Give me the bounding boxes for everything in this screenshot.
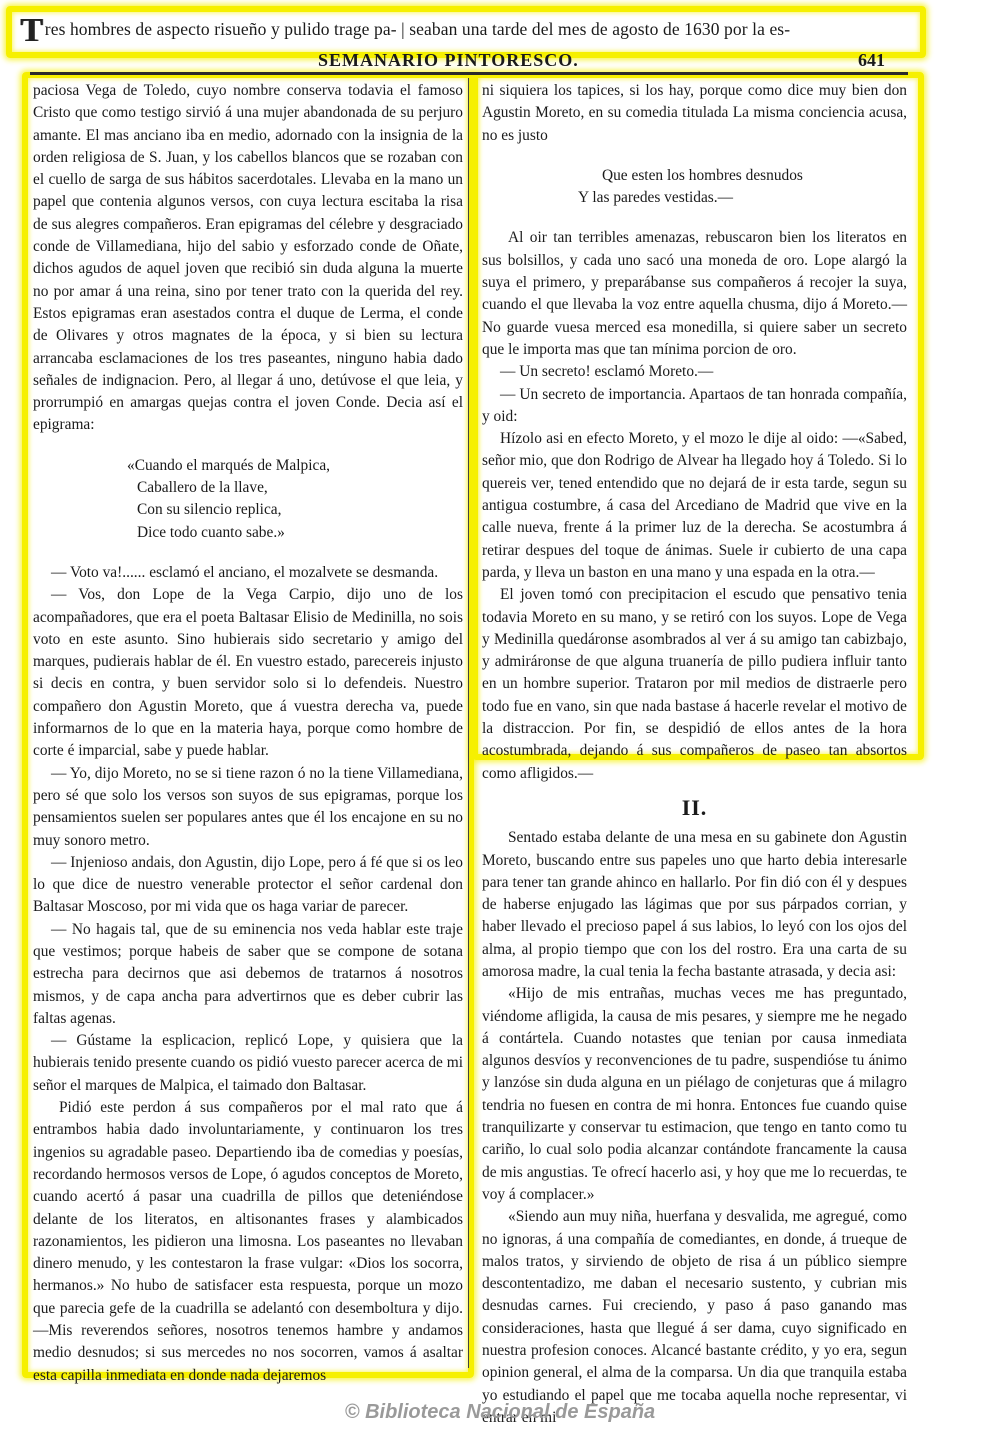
right-column: ni siquiera los tapices, si los hay, por… [482,80,907,1429]
verse-line: Caballero de la llave, [33,477,463,499]
top-continuation-line: Tres hombres de aspecto risueño y pulido… [20,14,910,48]
paragraph: — Voto va!...... esclamó el anciano, el … [33,562,463,584]
paragraph: «Hijo de mis entrañas, muchas veces me h… [482,983,907,1206]
paragraph: ni siquiera los tapices, si los hay, por… [482,80,907,147]
epigram-verse: «Cuando el marqués de Malpica, Caballero… [33,455,463,544]
copyright-credit: © Biblioteca Nacional de España [0,1401,1000,1424]
paragraph: Pidió este perdon á sus compañeros por e… [33,1097,463,1387]
quoted-verse: Que esten los hombres desnudos Y las par… [482,165,907,210]
paragraph: «Siendo aun muy niña, huerfana y desvali… [482,1206,907,1429]
paragraph: Hízolo asi en efecto Moreto, y el mozo l… [482,428,907,584]
column-divider [468,78,469,1368]
running-head: SEMANARIO PINTORESCO. [318,50,579,71]
paragraph: El joven tomó con precipitacion el escud… [482,584,907,785]
paragraph: — No hagais tal, que de su eminencia nos… [33,919,463,1030]
verse-line: «Cuando el marqués de Malpica, [33,455,463,477]
left-column: paciosa Vega de Toledo, cuyo nombre cons… [33,80,463,1387]
header-rule [30,72,908,75]
verse-line: Que esten los hombres desnudos [482,165,907,187]
paragraph: — Injenioso andais, don Agustin, dijo Lo… [33,852,463,919]
paragraph: — Un secreto de importancia. Apartaos de… [482,384,907,429]
paragraph: paciosa Vega de Toledo, cuyo nombre cons… [33,80,463,437]
paragraph: — Un secreto! esclamó Moreto.— [482,361,907,383]
paragraph: Sentado estaba delante de una mesa en su… [482,827,907,983]
verse-line: Y las paredes vestidas.— [482,187,907,209]
page-number: 641 [858,50,885,71]
paragraph: — Vos, don Lope de la Vega Carpio, dijo … [33,584,463,762]
top-line-text: res hombres de aspecto risueño y pulido … [45,19,790,39]
paragraph: — Gústame la esplicacion, replicó Lope, … [33,1030,463,1097]
verse-line: Con su silencio replica, [33,499,463,521]
verse-line: Dice todo cuanto sabe.» [33,522,463,544]
paragraph: Al oir tan terribles amenazas, rebuscaro… [482,227,907,361]
section-heading: II. [482,797,907,819]
paragraph: — Yo, dijo Moreto, no se si tiene razon … [33,763,463,852]
drop-cap: T [20,14,43,48]
